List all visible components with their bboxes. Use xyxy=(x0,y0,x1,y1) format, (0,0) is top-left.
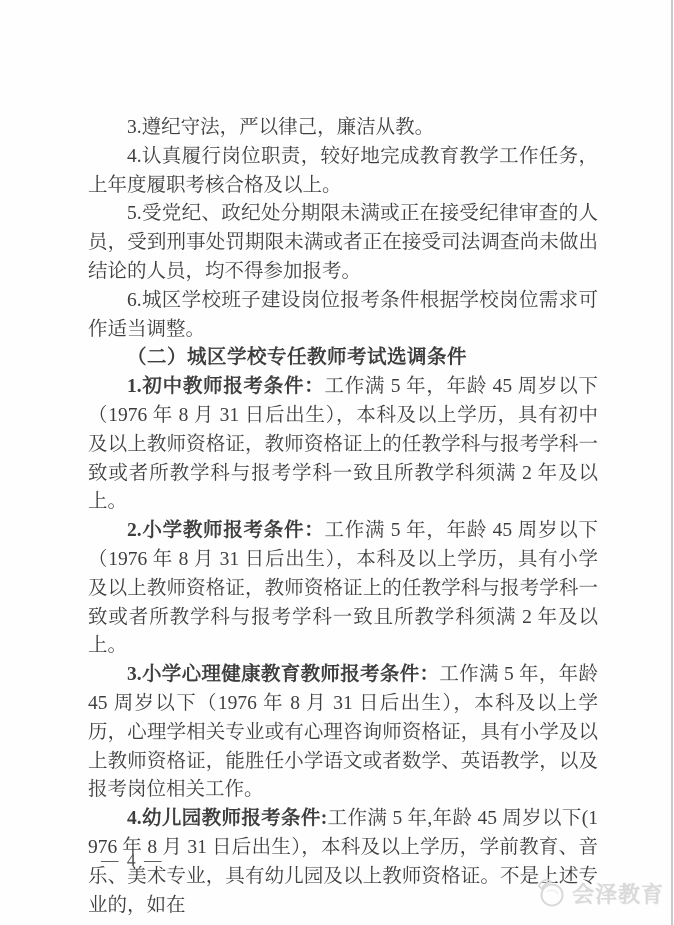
paragraph-text: 4.认真履行岗位职责，较好地完成教育教学工作任务，上年度履职考核合格及以上。 xyxy=(88,146,598,196)
paragraph-4: 4.认真履行岗位职责，较好地完成教育教学工作任务，上年度履职考核合格及以上。 xyxy=(88,143,598,201)
paragraph-3: 3.遵纪守法，严以律己，廉洁从教。 xyxy=(88,114,598,143)
section-heading: （二）城区学校专任教师考试选调条件 xyxy=(88,344,598,373)
document-page: 3.遵纪守法，严以律己，廉洁从教。 4.认真履行岗位职责，较好地完成教育教学工作… xyxy=(0,0,674,925)
document-body: 3.遵纪守法，严以律己，廉洁从教。 4.认真履行岗位职责，较好地完成教育教学工作… xyxy=(88,114,598,920)
watermark: 会泽教育 xyxy=(535,876,664,910)
paragraph-item-3-psychology: 3.小学心理健康教育教师报考条件：工作满 5 年，年龄 45 周岁以下（1976… xyxy=(88,661,598,805)
watermark-label: 会泽教育 xyxy=(572,878,664,909)
paragraph-label: 2.小学教师报考条件： xyxy=(127,520,324,541)
paragraph-5: 5.受党纪、政纪处分期限未满或正在接受纪律审查的人员，受到刑事处罚期限未满或者正… xyxy=(88,200,598,286)
section-heading-text: （二）城区学校专任教师考试选调条件 xyxy=(127,347,467,368)
paragraph-label: 3.小学心理健康教育教师报考条件： xyxy=(127,664,439,685)
paragraph-label: 4.幼儿园教师报考条件: xyxy=(127,808,327,829)
paragraph-item-4-kindergarten: 4.幼儿园教师报考条件:工作满 5 年,年龄 45 周岁以下(1976 年 8 … xyxy=(88,805,598,920)
paragraph-item-2-primary: 2.小学教师报考条件：工作满 5 年，年龄 45 周岁以下（1976 年 8 月… xyxy=(88,517,598,661)
paragraph-text: 3.遵纪守法，严以律己，廉洁从教。 xyxy=(127,117,434,138)
huize-education-logo-icon xyxy=(535,876,567,910)
paragraph-text: 6.城区学校班子建设岗位报考条件根据学校岗位需求可作适当调整。 xyxy=(88,290,598,340)
page-edge-line xyxy=(671,0,673,925)
paragraph-item-1-junior-high: 1.初中教师报考条件：工作满 5 年，年龄 45 周岁以下（1976 年 8 月… xyxy=(88,373,598,517)
paragraph-6: 6.城区学校班子建设岗位报考条件根据学校岗位需求可作适当调整。 xyxy=(88,287,598,345)
paragraph-label: 1.初中教师报考条件： xyxy=(127,376,324,397)
page-number: — 4 — xyxy=(101,850,164,871)
paragraph-text: 5.受党纪、政纪处分期限未满或正在接受纪律审查的人员，受到刑事处罚期限未满或者正… xyxy=(88,203,598,282)
